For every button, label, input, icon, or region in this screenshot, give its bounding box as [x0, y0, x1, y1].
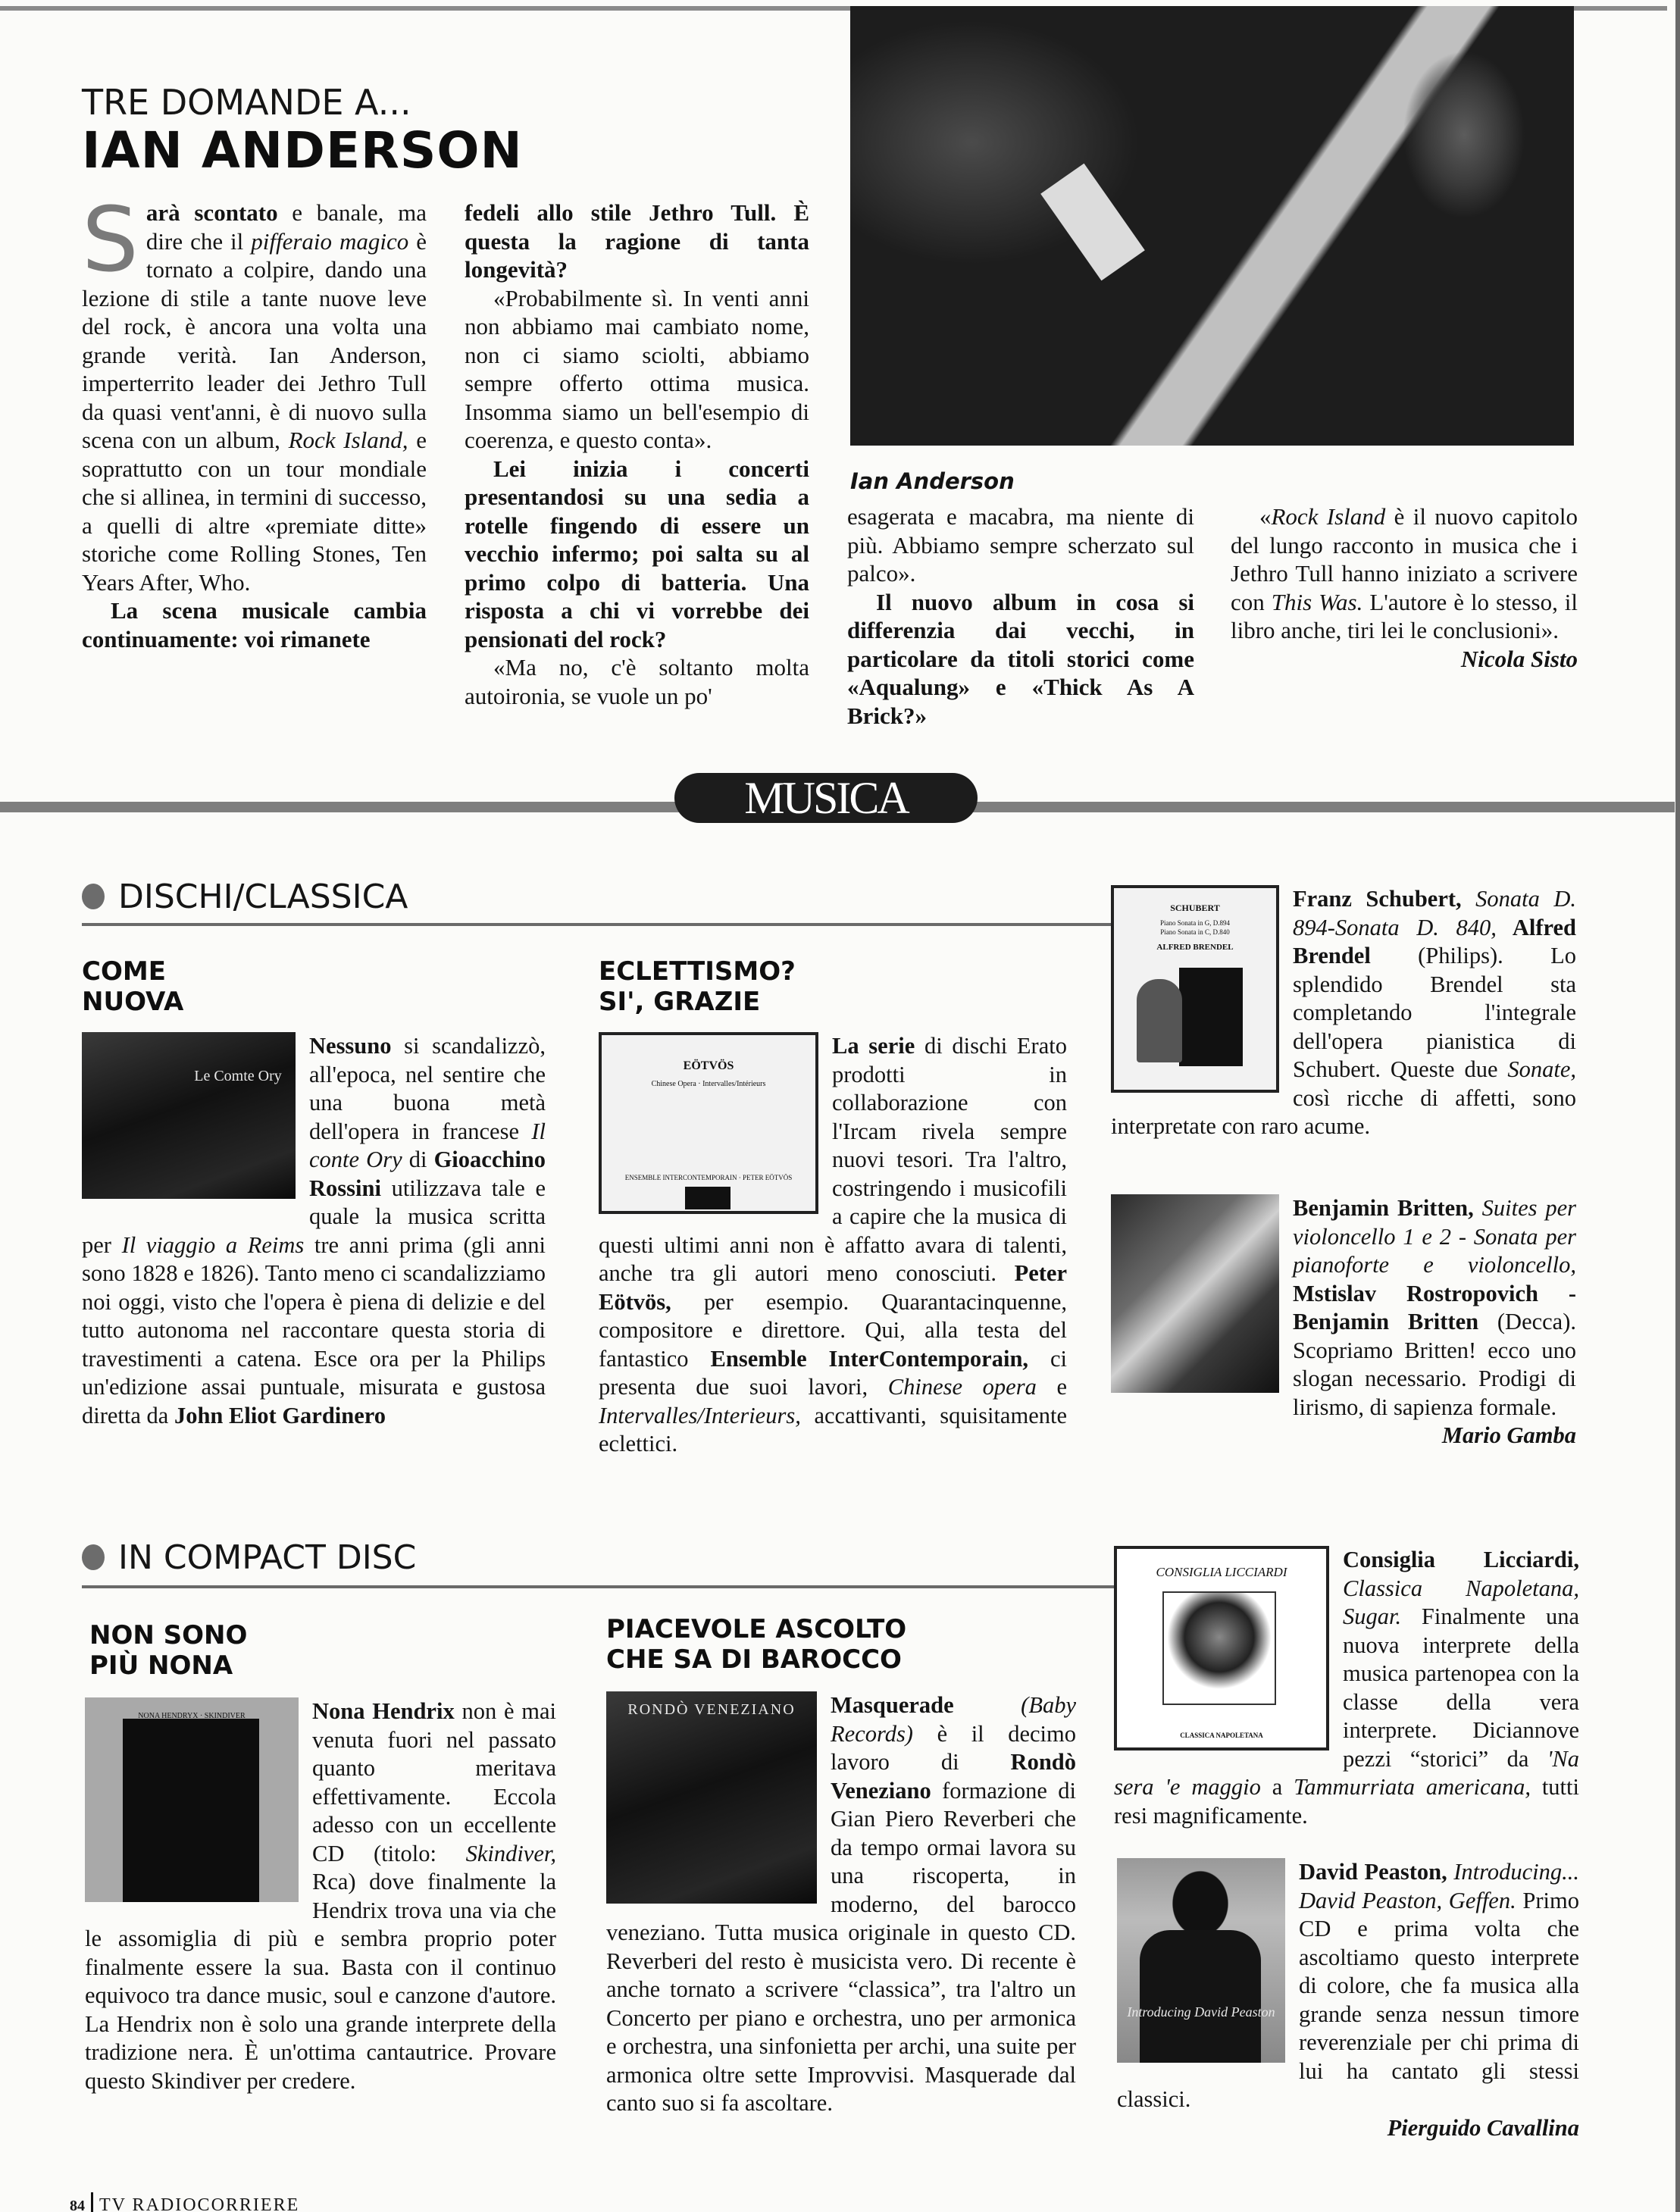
- answer-2-cont: esagerata e macabra, ma niente di più. A…: [847, 502, 1194, 588]
- album-cover-peaston: Introducing David Peaston: [1117, 1858, 1285, 2063]
- review-rondo-veneziano: RONDÒ VENEZIANO Masquerade (Baby Records…: [606, 1691, 1076, 2118]
- interview-column-3: esagerata e macabra, ma niente di più. A…: [847, 502, 1194, 730]
- author-signature: Pierguido Cavallina: [1117, 2114, 1579, 2143]
- review-nona-hendrix: NONA HENDRYX · SKINDIVER Nona Hendrix no…: [85, 1697, 556, 2095]
- photo-caption: Ian Anderson: [850, 468, 1015, 494]
- album-logo: [685, 1187, 731, 1209]
- footer-divider: [91, 2192, 93, 2212]
- page-number: 84: [70, 2198, 85, 2212]
- album-cover-licciardi: CONSIGLIA LICCIARDI CLASSICA NAPOLETANA: [1114, 1546, 1329, 1751]
- review-conte-ory: Le Comte Ory Nessuno si scandalizzò, all…: [82, 1032, 546, 1430]
- review-headline: COME NUOVA: [82, 956, 183, 1017]
- album-cover-skindiver: NONA HENDRYX · SKINDIVER: [85, 1697, 299, 1902]
- review-headline: ECLETTISMO? SI', GRAZIE: [599, 956, 796, 1017]
- page-edge: [1675, 0, 1680, 2212]
- review-britten: Benjamin Britten, Suites per violoncello…: [1111, 1194, 1576, 1450]
- album-cover-rondo-veneziano: RONDÒ VENEZIANO: [606, 1691, 817, 1904]
- section-rule: [82, 923, 1143, 926]
- album-cover-schubert: SCHUBERT Piano Sonata in G, D.894 Piano …: [1111, 885, 1279, 1093]
- review-headline: PIACEVOLE ASCOLTO CHE SA DI BAROCCO: [606, 1614, 906, 1675]
- review-headline: NON SONO PIÙ NONA: [89, 1620, 247, 1681]
- review-eotvos: EÖTVÖS Chinese Opera · Intervalles/Intér…: [599, 1032, 1067, 1459]
- bullet-icon: [82, 884, 105, 909]
- answer-2: «Ma no, c'è soltanto molta autoironia, s…: [465, 653, 809, 710]
- album-photo-figure: [1137, 979, 1182, 1062]
- article-title: IAN ANDERSON: [82, 121, 523, 180]
- review-licciardi: CONSIGLIA LICCIARDI CLASSICA NAPOLETANA …: [1114, 1546, 1579, 1830]
- album-photo: [123, 1719, 259, 1902]
- page-footer: 84TV RADIOCORRIERE: [70, 2192, 299, 2212]
- dropcap: S: [82, 202, 139, 277]
- interview-column-1: S arà scontato e banale, ma dire che il …: [82, 199, 427, 653]
- section-banner-musica: MUSICA: [674, 773, 978, 823]
- bullet-icon: [82, 1544, 105, 1570]
- album-photo: [1162, 1591, 1276, 1705]
- ian-anderson-photo: [850, 6, 1574, 446]
- album-cover-britten: [1111, 1194, 1279, 1393]
- book-shape: [1040, 164, 1145, 281]
- album-cover-conte-ory: Le Comte Ory: [82, 1032, 296, 1199]
- author-signature: Nicola Sisto: [1231, 645, 1578, 674]
- section-heading-classica: DISCHI/CLASSICA: [82, 878, 408, 916]
- review-schubert: SCHUBERT Piano Sonata in G, D.894 Piano …: [1111, 885, 1576, 1141]
- question-1-cont: fedeli allo stile Jethro Tull. È questa …: [465, 199, 809, 284]
- section-heading-compact-disc: IN COMPACT DISC: [82, 1538, 416, 1577]
- magazine-name: TV RADIOCORRIERE: [99, 2195, 299, 2212]
- interview-column-4: «Rock Island è il nuovo capitolo del lun…: [1231, 502, 1578, 673]
- section-rule: [82, 1585, 1143, 1588]
- question-2: Lei inizia i concerti presentandosi su u…: [465, 455, 809, 654]
- author-signature: Mario Gamba: [1111, 1422, 1576, 1450]
- answer-1: «Probabilmente sì. In venti anni non abb…: [465, 284, 809, 455]
- question-1: La scena musicale cambia continuamente: …: [82, 596, 427, 653]
- article-kicker: TRE DOMANDE A...: [82, 82, 411, 123]
- interview-column-2: fedeli allo stile Jethro Tull. È questa …: [465, 199, 809, 710]
- review-peaston: Introducing David Peaston David Peaston,…: [1117, 1858, 1579, 2142]
- question-3: Il nuovo album in cosa si differenzia da…: [847, 588, 1194, 731]
- album-photo: [1140, 1930, 1261, 2063]
- album-cover-eotvos: EÖTVÖS Chinese Opera · Intervalles/Intér…: [599, 1032, 818, 1214]
- album-photo: [1179, 968, 1243, 1066]
